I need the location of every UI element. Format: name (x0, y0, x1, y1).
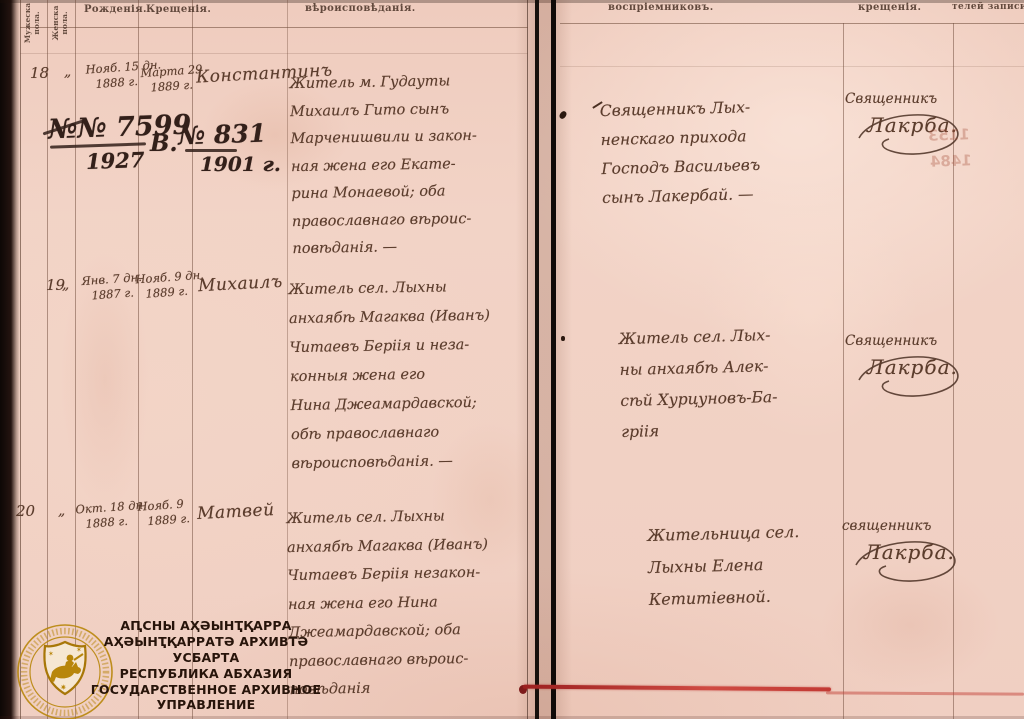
watermark-text-abkhaz: АԤСНЫ АҲӘЫНҬҚАРРА АҲӘЫНҬҚАРРАТӘ АРХИВТӘ … (92, 618, 320, 666)
parents-text: Житель м. ГудаутыМихаилъ Гито сынъ Марче… (289, 67, 534, 264)
godparents-text: Священникъ Лых-ненскаго прихода Господъ … (600, 93, 762, 213)
priest-signature: Священникъ Лакрба. (843, 330, 1018, 420)
archive-year-new: 1901 г. (200, 152, 281, 176)
godparents-text: Жительница сел.Лыхны Елена Кетитіевной. (647, 516, 802, 616)
priest-name: Лакрба. (867, 355, 958, 379)
baptism-date: Нояб. 9 дн.1889 г. (135, 268, 205, 303)
svg-text:✶: ✶ (48, 650, 54, 658)
header-rule (560, 23, 1024, 24)
header-female-count: Женска пола. (52, 0, 70, 49)
header-parents: вѣроисповѣданія. (305, 3, 416, 14)
archive-stamp: ✶ ✶ ✷ АԤСНЫ АҲӘЫНҬҚАРРА АҲӘЫНҬҚАРРАТӘ АР… (0, 610, 340, 719)
archive-number-new: № 831 (178, 118, 267, 150)
birth-date: Янв. 7 дн.1887 г. (81, 270, 143, 304)
watermark-text-russian: РЕСПУБЛИКА АБХАЗИЯ ГОСУДАРСТВЕННОЕ АРХИВ… (86, 666, 326, 713)
priest-title: Священникъ (845, 91, 937, 107)
parents-text: Житель сел. Лыхныанхаябѣ Магаква (Иванъ)… (288, 272, 534, 479)
child-name: Матвей (197, 500, 276, 524)
child-name: Михаилъ (198, 272, 284, 296)
page-gutter-rule (551, 0, 556, 719)
baptism-date: Нояб. 91889 г. (137, 496, 190, 530)
header-rule (560, 66, 1024, 67)
priest-title: Священникъ (845, 333, 937, 349)
ditto-mark: „ (64, 64, 71, 80)
archive-year-old: 1927 (86, 147, 145, 174)
ditto-mark: „ (62, 277, 69, 293)
header-birth: Рожденія. (84, 4, 147, 15)
binding-thread (826, 691, 1024, 695)
godparents-text: Житель сел. Лых-ны анхаябѣ Алек- сѣй Хур… (618, 320, 778, 448)
header-priest: крещенія. (858, 2, 921, 13)
register-scan: Мужеска пола. Женска пола. Рожденія. Кре… (0, 0, 1024, 719)
bleedthrough-number: 1484 (930, 151, 972, 170)
page-gutter-rule (535, 0, 539, 719)
header-rule (20, 53, 528, 54)
ditto-mark: „ (58, 503, 65, 519)
archive-letter: В. (150, 130, 177, 157)
header-male-count: Мужеска пола. (24, 0, 42, 49)
stitch-dot (561, 336, 565, 341)
svg-text:✷: ✷ (60, 683, 67, 692)
bleedthrough-number: 1153 (928, 125, 970, 144)
priest-signature: священникъ Лакрба. (840, 515, 1015, 605)
entry-number: 18 (30, 64, 49, 82)
entry-number: 20 (16, 502, 35, 520)
header-signature: телей записи по жел. (952, 2, 1024, 12)
header-godparents: воспріемниковъ. (608, 2, 714, 13)
priest-title: священникъ (842, 518, 931, 534)
header-baptism: Крещенія. (146, 4, 211, 15)
baptism-date: Марта 291889 г. (140, 62, 204, 96)
svg-text:✶: ✶ (76, 646, 82, 654)
header-rule (20, 27, 528, 28)
priest-name: Лакрба. (864, 540, 955, 564)
